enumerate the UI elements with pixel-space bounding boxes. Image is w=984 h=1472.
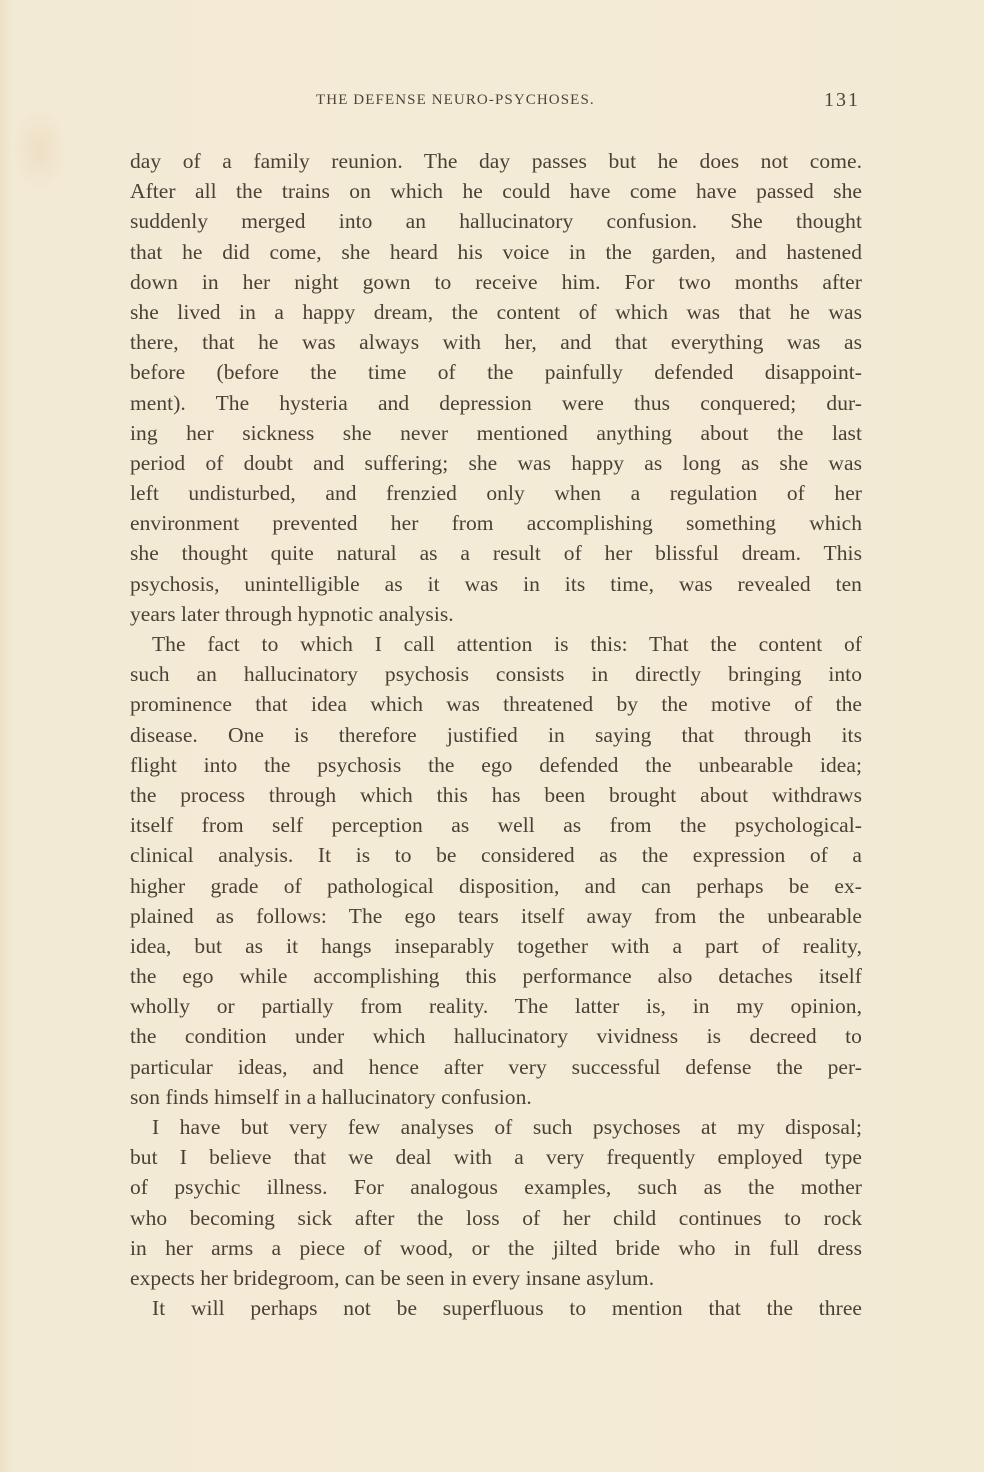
paragraph: The fact to which I call attention is th… — [130, 629, 862, 1112]
paragraph: I have but very few analyses of such psy… — [130, 1112, 862, 1293]
text-line: psychosis, unintelligible as it was in i… — [130, 569, 862, 599]
text-line: the ego while accomplishing this perform… — [130, 961, 862, 991]
text-line: that he did come, she heard his voice in… — [130, 237, 862, 267]
text-line: higher grade of pathological disposition… — [130, 871, 862, 901]
text-line: ing her sickness she never mentioned any… — [130, 418, 862, 448]
text-line: she lived in a happy dream, the content … — [130, 297, 862, 327]
paragraph: It will perhaps not be superfluous to me… — [130, 1293, 862, 1323]
text-line: environment prevented her from accomplis… — [130, 508, 862, 538]
text-line: years later through hypnotic analysis. — [130, 599, 862, 629]
text-line: ment). The hysteria and depression were … — [130, 388, 862, 418]
text-line: clinical analysis. It is to be considere… — [130, 840, 862, 870]
text-line: she thought quite natural as a result of… — [130, 538, 862, 568]
text-line: plained as follows: The ego tears itself… — [130, 901, 862, 931]
text-line: who becoming sick after the loss of her … — [130, 1203, 862, 1233]
text-line: left undisturbed, and frenzied only when… — [130, 478, 862, 508]
text-line: expects her bridegroom, can be seen in e… — [130, 1263, 862, 1293]
text-line: before (before the time of the painfully… — [130, 357, 862, 387]
text-line: disease. One is therefore justified in s… — [130, 720, 862, 750]
text-line: son finds himself in a hallucinatory con… — [130, 1082, 862, 1112]
text-line: in her arms a piece of wood, or the jilt… — [130, 1233, 862, 1263]
running-title: THE DEFENSE NEURO-PSYCHOSES. — [316, 92, 595, 109]
text-line: I have but very few analyses of such psy… — [130, 1112, 862, 1142]
text-line: After all the trains on which he could h… — [130, 176, 862, 206]
text-line: period of doubt and suffering; she was h… — [130, 448, 862, 478]
paragraph: day of a family reunion. The day passes … — [130, 146, 862, 629]
text-line: day of a family reunion. The day passes … — [130, 146, 862, 176]
text-line: of psychic illness. For analogous exampl… — [130, 1172, 862, 1202]
text-line: suddenly merged into an hallucinatory co… — [130, 206, 862, 236]
text-line: The fact to which I call attention is th… — [130, 629, 862, 659]
text-line: the process through which this has been … — [130, 780, 862, 810]
text-line: flight into the psychosis the ego defend… — [130, 750, 862, 780]
text-line: but I believe that we deal with a very f… — [130, 1142, 862, 1172]
text-line: itself from self perception as well as f… — [130, 810, 862, 840]
running-head: THE DEFENSE NEURO-PSYCHOSES. 131 — [0, 92, 984, 116]
text-line: idea, but as it hangs inseparably togeth… — [130, 931, 862, 961]
text-line: particular ideas, and hence after very s… — [130, 1052, 862, 1082]
text-line: the condition under which hallucinatory … — [130, 1021, 862, 1051]
book-page: THE DEFENSE NEURO-PSYCHOSES. 131 day of … — [0, 0, 984, 1472]
text-line: prominence that idea which was threatene… — [130, 689, 862, 719]
text-line: such an hallucinatory psychosis consists… — [130, 659, 862, 689]
text-line: there, that he was always with her, and … — [130, 327, 862, 357]
text-line: It will perhaps not be superfluous to me… — [130, 1293, 862, 1323]
page-number: 131 — [824, 89, 860, 112]
text-line: wholly or partially from reality. The la… — [130, 991, 862, 1021]
text-line: down in her night gown to receive him. F… — [130, 267, 862, 297]
body-text: day of a family reunion. The day passes … — [130, 146, 862, 1323]
